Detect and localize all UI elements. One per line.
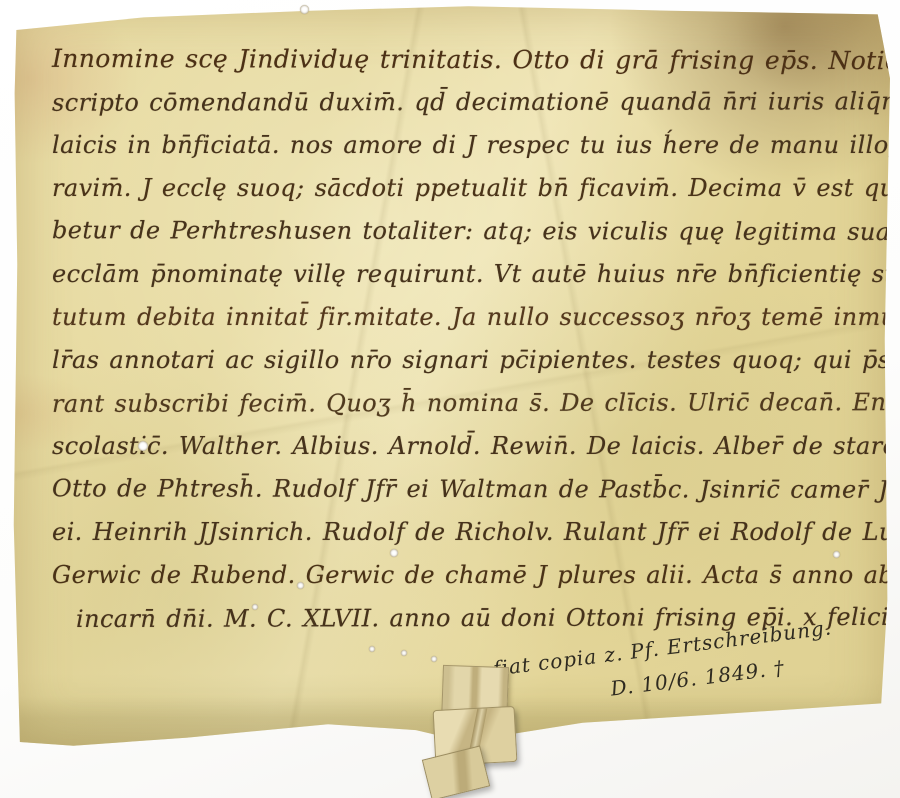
- charter-text-block: Innomine scę Jindividuę trinitatis. Otto…: [52, 38, 882, 640]
- charter-text-line: scolastic̄. Walther. Albius. Arnold̄. Re…: [52, 425, 882, 468]
- parchment-hole: [369, 646, 375, 652]
- parchment-hole: [833, 551, 840, 558]
- seal-tag-lower-flap: [422, 745, 490, 798]
- charter-text-line: scripto cōmendandū duxim̄. qd̄ decimatio…: [52, 80, 882, 124]
- charter-text-line: laicis in bn̄ficiatā. nos amore di J res…: [52, 124, 882, 167]
- charter-text-line: rant subscribi fecim̄. Quoʒ h̄ nomina s̄…: [52, 381, 882, 426]
- charter-text-line: Gerwic de Rubend. Gerwic de chamē J plur…: [52, 554, 882, 597]
- parchment-hole: [138, 441, 148, 451]
- charter-text-line: tutum debita innitat̄ fir.mitate. Ja nul…: [52, 296, 882, 339]
- charter-text-line: lr̄as annotari ac sigillo nr̄o signari p…: [52, 339, 882, 382]
- parchment-hole: [252, 604, 258, 610]
- seal-tag: [418, 660, 528, 790]
- charter-text-line: Otto de Phtresh̄. Rudolf Jfr̄ ei Waltman…: [52, 467, 882, 511]
- photograph-of-charter: Innomine scę Jindividuę trinitatis. Otto…: [0, 0, 900, 798]
- charter-text-line: Innomine scę Jindividuę trinitatis. Otto…: [52, 37, 882, 82]
- parchment-hole: [390, 549, 398, 557]
- parchment-hole: [300, 5, 309, 14]
- charter-text-line: ecclām p̄nominatę villę requirunt. Vt au…: [52, 253, 882, 296]
- charter-text-line: ravim̄. J ecclę suoq; sācdoti ppetualit …: [52, 167, 882, 210]
- parchment-hole: [401, 650, 407, 656]
- charter-text-line: betur de Perhtreshusen totaliter: atq; e…: [52, 209, 882, 254]
- parchment-hole: [297, 582, 304, 589]
- charter-text-line: ei. Heinrih JJsinrich. Rudolf de Richolv…: [52, 511, 882, 554]
